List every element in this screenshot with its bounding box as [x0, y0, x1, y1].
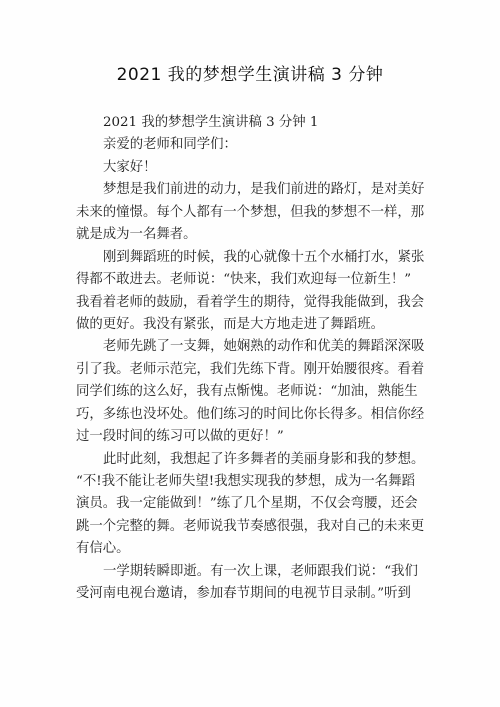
body-line: 此时此刻，我想起了许多舞者的美丽身影和我的梦想。: [76, 449, 426, 471]
body-line: 同学们练的这么好，我有点惭愧。老师说：“加油，熟能生: [76, 381, 426, 403]
body-line: 一学期转瞬即逝。有一次上课，老师跟我们说：“我们: [76, 561, 426, 583]
body-line: 有信心。: [76, 538, 426, 560]
body-line: 梦想是我们前进的动力，是我们前进的路灯，是对美好: [76, 179, 426, 201]
body-line: 引了我。老师示范完，我们先练下背。刚开始腰很疼。看着: [76, 359, 426, 381]
body-line: 老师先跳了一支舞，她娴熟的动作和优美的舞蹈深深吸: [76, 336, 426, 358]
body-line-heading: 2021 我的梦想学生演讲稿 3 分钟 1: [76, 112, 426, 134]
body-line: 得都不敢进去。老师说：“快来，我们欢迎每一位新生！”: [76, 269, 426, 291]
body-line: 跳一个完整的舞。老师说我节奏感很强，我对自己的未来更: [76, 516, 426, 538]
body-line-salutation: 亲爱的老师和同学们：: [76, 134, 426, 156]
document-page: 2021 我的梦想学生演讲稿 3 分钟 2021 我的梦想学生演讲稿 3 分钟 …: [0, 0, 500, 707]
body-line: 受河南电视台邀请，参加春节期间的电视节目录制。”听到: [76, 583, 426, 605]
document-body: 2021 我的梦想学生演讲稿 3 分钟 1 亲爱的老师和同学们： 大家好！ 梦想…: [76, 112, 426, 606]
body-line: 巧，多练也没坏处。他们练习的时间比你长得多。相信你经: [76, 404, 426, 426]
body-line: 我看着老师的鼓励，看着学生的期待，觉得我能做到，我会: [76, 292, 426, 314]
body-line: 做的更好。我没有紧张，而是大方地走进了舞蹈班。: [76, 314, 426, 336]
document-title: 2021 我的梦想学生演讲稿 3 分钟: [0, 63, 500, 87]
body-line-greeting: 大家好！: [76, 157, 426, 179]
body-line: 过一段时间的练习可以做的更好！”: [76, 426, 426, 448]
body-line: 演员。我一定能做到！”练了几个星期，不仅会弯腰，还会: [76, 493, 426, 515]
body-line: 就是成为一名舞者。: [76, 224, 426, 246]
body-line: 未来的憧憬。每个人都有一个梦想，但我的梦想不一样，那: [76, 202, 426, 224]
body-line: 刚到舞蹈班的时候，我的心就像十五个水桶打水，紧张: [76, 247, 426, 269]
body-line: “不!我不能让老师失望!我想实现我的梦想，成为一名舞蹈: [76, 471, 426, 493]
